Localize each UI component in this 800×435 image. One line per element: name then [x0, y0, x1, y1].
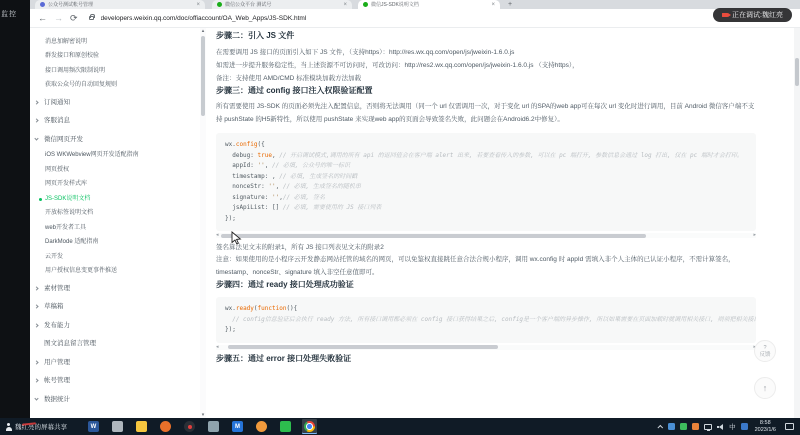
- scroll-left-icon[interactable]: ◂: [216, 344, 219, 350]
- chrome-icon[interactable]: [302, 419, 317, 434]
- tab-title: 微信JS-SDK说明文档: [371, 1, 488, 8]
- debug-status-text: 正在调试:魏红亮: [732, 10, 783, 20]
- browser-window: 公众号测试帐号管理×微信公众平台 测试号×微信JS-SDK说明文档× + ← →…: [30, 0, 800, 418]
- hscroll-thumb[interactable]: [221, 234, 646, 238]
- up-arrow-icon: ↑: [763, 383, 768, 393]
- side-panel-label: 监控: [0, 0, 30, 19]
- chevron-right-icon: [34, 378, 38, 382]
- sidebar-item[interactable]: 接口调用频次限制说明: [30, 64, 200, 79]
- app-cube-icon[interactable]: [206, 419, 221, 434]
- mouse-cursor: [231, 231, 242, 246]
- music-app-icon[interactable]: [182, 419, 197, 434]
- tray-app-orange-icon[interactable]: [692, 423, 699, 430]
- word-icon[interactable]: W: [86, 419, 101, 434]
- code-block-ready: wx.ready(function(){ // config信息验证后会执行 r…: [216, 297, 756, 343]
- doc-content: 步骤二：引入 JS 文件 在需要调用 JS 接口的页面引入如下 JS 文件，（支…: [216, 28, 756, 418]
- sidebar-scroll-thumb[interactable]: [201, 36, 205, 116]
- doc-sidebar: 消息加解密说明群发接口和原创校验接口调用频次限制说明获取公众号的自动回复规则订阅…: [30, 28, 200, 418]
- sidebar-item[interactable]: 发布能力: [30, 316, 200, 335]
- sidebar-item-label: 获取公众号的自动回复规则: [45, 82, 117, 90]
- sidebar-item-label: 草稿箱: [44, 303, 64, 311]
- sidebar-item[interactable]: 数据统计: [30, 390, 200, 409]
- chevron-right-icon: [34, 304, 38, 308]
- clock-date: 2023/1/6: [755, 427, 776, 434]
- chevron-down-icon: [34, 136, 38, 140]
- code-line: wx.config({: [225, 140, 747, 151]
- page-scrollbar[interactable]: [794, 28, 800, 418]
- action-center-icon[interactable]: [785, 423, 794, 430]
- app-grey-icon[interactable]: [110, 419, 125, 434]
- step3-paragraph: 所有需要使用 JS-SDK 的页面必须先注入配置信息，否则将无法调用（同一个 u…: [216, 101, 756, 126]
- code-line: signature: '',// 必填, 签名: [225, 193, 747, 204]
- code-block-config: wx.config({ debug: true, // 开启调试模式,调用的所有…: [216, 133, 756, 231]
- sidebar-item[interactable]: JS-SDK说明文档: [30, 192, 200, 207]
- code-line: jsApiList: [] // 必填, 需要使用的 JS 接口列表: [225, 203, 747, 214]
- tab-favicon-icon: [217, 2, 222, 7]
- sidebar-scrollbar[interactable]: ▴ ▾: [200, 28, 206, 418]
- step4-title: 步骤四：通过 ready 接口处理成功验证: [216, 279, 756, 290]
- taskbar-apps: WM: [86, 419, 317, 434]
- tab-close-icon[interactable]: ×: [196, 2, 200, 8]
- mail-app-icon[interactable]: M: [230, 419, 245, 434]
- browser-tab[interactable]: 公众号测试帐号管理×: [35, 0, 205, 9]
- tab-title: 公众号测试帐号管理: [48, 1, 193, 8]
- note-paragraph: 注意：如果使用的是小程序云开发静态网站托管的域名的网页，可以免鉴权直接跳任意合法…: [216, 254, 756, 279]
- tray-volume-icon[interactable]: [717, 423, 724, 430]
- sidebar-item-label: 发布能力: [44, 322, 70, 330]
- conference-side-strip: 监控: [0, 0, 30, 418]
- sidebar-item-label: 消息加解密说明: [45, 39, 87, 47]
- system-tray: 中 8:58 2023/1/6: [659, 420, 800, 434]
- sidebar-item-label: 数据统计: [44, 396, 70, 404]
- tray-wechat-icon[interactable]: [680, 423, 687, 430]
- tab-title: 微信公众平台 测试号: [225, 1, 340, 8]
- sidebar-item-label: 用户授权信息变更事件推送: [45, 268, 117, 276]
- sidebar-item-label: 云开发: [45, 254, 63, 262]
- browser-tab[interactable]: 微信公众平台 测试号×: [212, 0, 352, 9]
- chevron-right-icon: [34, 100, 38, 104]
- screen-share-indicator[interactable]: 魏红亮的屏幕共享: [0, 422, 72, 431]
- chevron-down-icon: [34, 396, 38, 400]
- code-line: appId: '', // 必填, 公众号的唯一标识: [225, 161, 747, 172]
- sidebar-item[interactable]: 图文消息留言管理: [30, 335, 200, 354]
- tab-close-icon[interactable]: ×: [491, 2, 495, 8]
- sidebar-item[interactable]: 云开发: [30, 250, 200, 265]
- folder-icon[interactable]: [134, 419, 149, 434]
- back-icon[interactable]: ←: [38, 14, 47, 23]
- code-line: wx.ready(function(){: [225, 304, 747, 315]
- reload-icon[interactable]: ⟳: [70, 14, 78, 23]
- sidebar-item-label: 网页授权: [45, 167, 69, 175]
- sidebar-item-label: 微信网页开发: [44, 136, 83, 144]
- appendix-paragraph: 签名算法见文末的附录1，所有 JS 接口列表见文末的附录2: [216, 241, 756, 254]
- tab-close-icon[interactable]: ×: [343, 2, 347, 8]
- sidebar-item-label: 接口调用频次限制说明: [45, 68, 105, 76]
- chevron-right-icon: [34, 323, 38, 327]
- sidebar-item[interactable]: 开放标签说明文档: [30, 207, 200, 222]
- sidebar-item-label: 群发接口和原创校验: [45, 53, 99, 61]
- code-line: debug: true, // 开启调试模式,调用的所有 api 的返回值会在客…: [225, 151, 747, 162]
- clock-time: 8:58: [755, 420, 776, 427]
- camera-icon: [722, 13, 728, 17]
- tray-expand-icon[interactable]: [659, 425, 663, 429]
- sidebar-item[interactable]: 微信网页开发: [30, 130, 200, 149]
- sidebar-item[interactable]: 用户授权信息变更事件推送: [30, 265, 200, 280]
- taskbar-clock[interactable]: 8:58 2023/1/6: [753, 420, 778, 434]
- sidebar-item-label: 开放标签说明文档: [45, 210, 93, 218]
- forward-icon[interactable]: →: [54, 14, 63, 23]
- back-to-top-button[interactable]: ↑: [754, 377, 776, 399]
- sidebar-item-label: 图文消息留言管理: [44, 340, 96, 348]
- sidebar-item-label: web开发者工具: [45, 225, 86, 233]
- sidebar-item[interactable]: 素材管理: [30, 279, 200, 298]
- new-tab-button[interactable]: +: [508, 1, 512, 8]
- sidebar-item[interactable]: 帐号管理: [30, 372, 200, 391]
- sidebar-item[interactable]: web开发者工具: [30, 221, 200, 236]
- sidebar-item-label: 用户管理: [44, 359, 70, 367]
- scroll-left-icon[interactable]: ◂: [216, 232, 219, 238]
- code-config-hscrollbar[interactable]: ◂ ▸: [216, 233, 756, 238]
- sidebar-item[interactable]: 草稿箱: [30, 298, 200, 317]
- tray-monitor-icon[interactable]: [704, 424, 712, 430]
- tab-favicon-icon: [40, 2, 45, 7]
- step5-title: 步骤五：通过 error 接口处理失败验证: [216, 353, 756, 364]
- debug-status-badge: 正在调试:魏红亮: [713, 8, 792, 22]
- sidebar-item-label: 帐号管理: [44, 377, 70, 385]
- huya-app-icon[interactable]: [254, 419, 269, 434]
- step3-title: 步骤三：通过 config 接口注入权限验证配置: [216, 85, 756, 96]
- sidebar-item[interactable]: 网页授权: [30, 163, 200, 178]
- sidebar-item-label: JS-SDK说明文档: [45, 196, 90, 204]
- chevron-right-icon: [34, 118, 38, 122]
- tab-strip: 公众号测试帐号管理×微信公众平台 测试号×微信JS-SDK说明文档× +: [30, 0, 800, 9]
- sidebar-item-label: DarkMode 适配指南: [45, 239, 98, 247]
- sidebar-item-label: 客服消息: [44, 117, 70, 125]
- page-scroll-thumb[interactable]: [795, 58, 799, 86]
- sidebar-item-label: 素材管理: [44, 285, 70, 293]
- tray-input-method-icon[interactable]: [741, 423, 748, 430]
- sidebar-item[interactable]: 群发接口和原创校验: [30, 50, 200, 65]
- feedback-label: 反馈: [755, 352, 775, 359]
- tray-app-blue-icon[interactable]: [668, 423, 675, 430]
- step2-paragraph-2: 如需进一步提升服务稳定性，当上述资源不可访问时，可改访问：http://res2…: [216, 59, 756, 72]
- sidebar-item[interactable]: DarkMode 适配指南: [30, 236, 200, 251]
- chevron-right-icon: [34, 360, 38, 364]
- chevron-right-icon: [34, 286, 38, 290]
- hscroll-thumb[interactable]: [228, 345, 498, 349]
- sidebar-item-label: 订阅通知: [44, 99, 70, 107]
- code-line: });: [225, 325, 747, 336]
- sidebar-item[interactable]: iOS WKWebview网页开发适配指南: [30, 149, 200, 164]
- code-ready-hscrollbar[interactable]: ◂ ▸: [216, 345, 756, 350]
- sidebar-item[interactable]: 用户管理: [30, 353, 200, 372]
- scroll-up-icon[interactable]: ▴: [200, 28, 206, 34]
- sidebar-item[interactable]: 网页开发样式库: [30, 178, 200, 193]
- sidebar-item[interactable]: 客服消息: [30, 112, 200, 131]
- address-bar[interactable]: developers.weixin.qq.com/doc/offiaccount…: [101, 15, 307, 22]
- code-line: });: [225, 214, 747, 225]
- tab-favicon-icon: [363, 2, 368, 7]
- browser-tab[interactable]: 微信JS-SDK说明文档×: [358, 0, 500, 9]
- sidebar-item[interactable]: 获取公众号的自动回复规则: [30, 79, 200, 94]
- sidebar-item[interactable]: 订阅通知: [30, 93, 200, 112]
- code-line: // config信息验证后会执行 ready 方法, 所有接口调用都必须在 c…: [225, 315, 747, 326]
- doc-page: 消息加解密说明群发接口和原创校验接口调用频次限制说明获取公众号的自动回复规则订阅…: [30, 28, 800, 418]
- firefox-icon[interactable]: [158, 419, 173, 434]
- browser-toolbar: ← → ⟳ developers.weixin.qq.com/doc/offia…: [30, 9, 800, 28]
- tray-input-lang[interactable]: 中: [729, 422, 736, 431]
- sidebar-item-label: 网页开发样式库: [45, 181, 87, 189]
- person-icon: [5, 423, 12, 431]
- active-dot-icon: [39, 198, 42, 201]
- step2-paragraph-1: 在需要调用 JS 接口的页面引入如下 JS 文件，（支持https）：http:…: [216, 46, 756, 59]
- padlock-icon: [89, 16, 94, 20]
- sidebar-item-label: iOS WKWebview网页开发适配指南: [45, 152, 139, 160]
- code-line: timestamp: , // 必填, 生成签名的时间戳: [225, 172, 747, 183]
- question-icon: ?: [755, 345, 775, 352]
- wechat-icon[interactable]: [278, 419, 293, 434]
- scroll-right-icon[interactable]: ▸: [753, 232, 756, 238]
- sidebar-item[interactable]: 消息加解密说明: [30, 35, 200, 50]
- feedback-button[interactable]: ? 反馈: [754, 340, 776, 362]
- windows-taskbar: 魏红亮的屏幕共享 WM 中 8:58 2023/1/6: [0, 418, 800, 435]
- shared-screen: 监控 公众号测试帐号管理×微信公众平台 测试号×微信JS-SDK说明文档× + …: [0, 0, 800, 435]
- step2-title: 步骤二：引入 JS 文件: [216, 30, 756, 41]
- step2-paragraph-3: 备注：支持使用 AMD/CMD 标准模块加载方法加载: [216, 72, 756, 85]
- code-line: nonceStr: '', // 必填, 生成签名的随机串: [225, 182, 747, 193]
